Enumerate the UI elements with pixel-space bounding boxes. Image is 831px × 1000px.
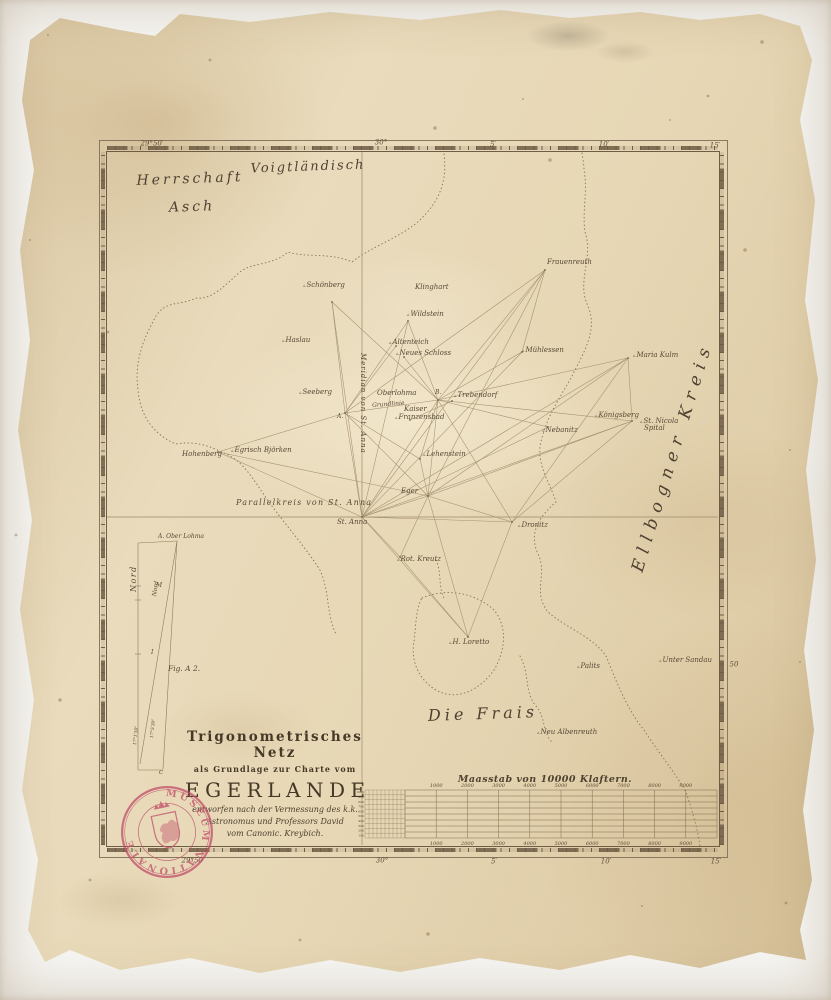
scalebar-tick: 5000 bbox=[555, 841, 569, 847]
scalebar-tick: 1000 bbox=[430, 783, 444, 789]
scalebar-tick: 1000 bbox=[430, 841, 444, 847]
scalebar-tick: 8000 bbox=[648, 841, 662, 847]
museum-stamp: MUSEUM NATIONALE bbox=[107, 772, 228, 893]
scalebar-tick: 9000 bbox=[679, 841, 693, 847]
scalebar-tick: 3000 bbox=[492, 841, 506, 847]
scalebar-title: Maasstab von 10000 Klaftern. bbox=[450, 774, 640, 785]
scalebar-tick: 4000 bbox=[522, 841, 537, 847]
stamp-crown-icon bbox=[152, 799, 169, 809]
scalebar-tick: 2000 bbox=[460, 841, 475, 847]
scalebar-tick: 6000 bbox=[586, 841, 600, 847]
scalebar-tick: 9000 bbox=[679, 783, 693, 789]
map-subtitle: als Grundlage zur Charte vom bbox=[185, 764, 365, 774]
scalebar-tick: 8000 bbox=[648, 783, 662, 789]
scalebar-tick: 7000 bbox=[617, 841, 631, 847]
scanned-map-page: 1000100020002000300030004000400050005000… bbox=[0, 0, 831, 1000]
map-title: Trigonometrisches Netz bbox=[185, 729, 365, 761]
